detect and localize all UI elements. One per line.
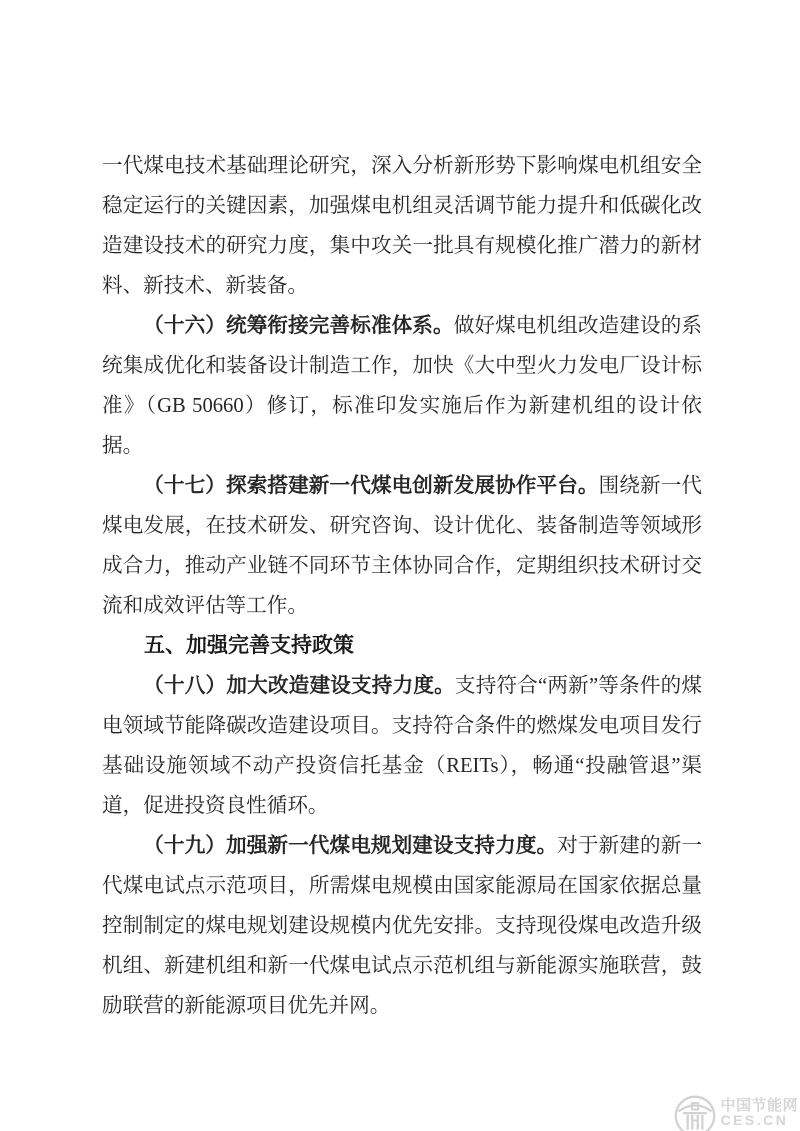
watermark-site-name: 中国节能网: [720, 1098, 798, 1113]
paragraph-lead: （十八）加大改造建设支持力度。: [143, 675, 455, 697]
paragraph-lead: （十六）统筹衔接完善标准体系。: [143, 315, 454, 337]
paragraph-17: （十七）探索搭建新一代煤电创新发展协作平台。围绕新一代煤电发展，在技术研发、研究…: [102, 466, 702, 626]
watermark: 中国节能网 CES.CN: [672, 1093, 798, 1131]
watermark-text: 中国节能网 CES.CN: [720, 1098, 798, 1127]
paragraph-lead: （十九）加强新一代煤电规划建设支持力度。: [143, 835, 557, 857]
paragraph-16: （十六）统筹衔接完善标准体系。做好煤电机组改造建设的系统集成优化和装备设计制造工…: [102, 306, 702, 466]
watermark-site-url: CES.CN: [720, 1113, 798, 1127]
paragraph-lead: （十七）探索搭建新一代煤电创新发展协作平台。: [143, 475, 598, 497]
paragraph-continuation: 一代煤电技术基础理论研究，深入分析新形势下影响煤电机组安全稳定运行的关键因素，加…: [102, 146, 702, 306]
paragraph-19: （十九）加强新一代煤电规划建设支持力度。对于新建的新一代煤电试点示范项目，所需煤…: [102, 826, 702, 1026]
paragraph-text: 一代煤电技术基础理论研究，深入分析新形势下影响煤电机组安全稳定运行的关键因素，加…: [102, 155, 702, 297]
document-content: 一代煤电技术基础理论研究，深入分析新形势下影响煤电机组安全稳定运行的关键因素，加…: [102, 146, 702, 1026]
section-heading-5: 五、加强完善支持政策: [102, 626, 702, 666]
paragraph-18: （十八）加大改造建设支持力度。支持符合“两新”等条件的煤电领域节能降碳改造建设项…: [102, 666, 702, 826]
document-page: 一代煤电技术基础理论研究，深入分析新形势下影响煤电机组安全稳定运行的关键因素，加…: [0, 0, 800, 1131]
paragraph-text: 对于新建的新一代煤电试点示范项目，所需煤电规模由国家能源局在国家依据总量控制制定…: [102, 835, 702, 1017]
ces-logo-icon: [672, 1093, 718, 1131]
